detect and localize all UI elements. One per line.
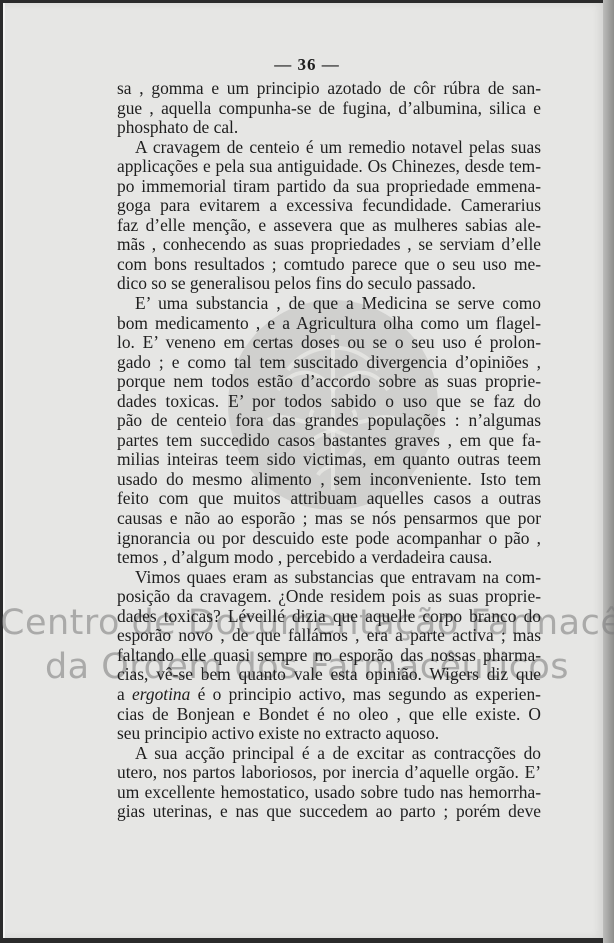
text-line: gue , aquella compunha-se de fugina, d’a…	[117, 99, 541, 119]
text-line: cias, vê-se bem quanto vale esta opinião…	[117, 665, 541, 685]
text-line: gado ; e como tal tem suscitado divergen…	[117, 353, 541, 373]
text-fragment: é o principio activo, mas segundo as exp…	[190, 684, 541, 704]
text-line: A sua acção principal é a de excitar as …	[117, 744, 541, 764]
page-number: — 36 —	[0, 55, 614, 75]
text-line: pão de centeio fora das grandes populaçõ…	[117, 411, 541, 431]
text-line: milias inteiras teem sido victimas, em q…	[117, 450, 541, 470]
text-line: po immemorial tiram partido da sua propr…	[117, 177, 541, 197]
text-line: cias de Bonjean e Bondet é no oleo , que…	[117, 705, 541, 725]
italic-term: ergotina	[132, 684, 190, 704]
text-line: A cravagem de centeio é um remedio notav…	[117, 138, 541, 158]
text-line: esporão novo , de que fallámos , era a p…	[117, 626, 541, 646]
text-line: com bons resultados ; comtudo parece que…	[117, 255, 541, 275]
text-line: Vimos quaes eram as substancias que entr…	[117, 568, 541, 588]
text-line: faz d’elle menção, e assevera que as mul…	[117, 216, 541, 236]
text-line: um excellente hemostatico, usado sobre t…	[117, 783, 541, 803]
text-line: mãs , conhecendo as suas propriedades , …	[117, 235, 541, 255]
text-line: E’ uma substancia , de que a Medicina se…	[117, 294, 541, 314]
text-fragment: a	[117, 684, 132, 704]
page-body-text: sa , gomma e um principio azotado de côr…	[117, 79, 541, 822]
text-line: causas e não ao esporão ; mas se nós pen…	[117, 509, 541, 529]
text-line: porque nem todos estão d’accordo sobre a…	[117, 372, 541, 392]
text-line: partes tem succedido casos bastantes gra…	[117, 431, 541, 451]
text-line: goga para evitarem a excessiva fecundida…	[117, 196, 541, 216]
text-line: applicações e pela sua antiguidade. Os C…	[117, 157, 541, 177]
text-line: faltando elle quasi sempre no esporão da…	[117, 646, 541, 666]
text-line: ignorancia ou por descuido este pode aco…	[117, 529, 541, 549]
text-line: temos , d’algum modo , percebido a verda…	[117, 548, 541, 568]
text-line: dades toxicas. E’ por todos sabido o uso…	[117, 392, 541, 412]
text-line: gias uterinas, e nas que succedem ao par…	[117, 802, 541, 822]
text-line: lo. E’ veneno em certas doses ou se o se…	[117, 333, 541, 353]
text-line: dico so se generalisou pelos fins do sec…	[117, 274, 541, 294]
text-line: posição da cravagem. ¿Onde residem pois …	[117, 587, 541, 607]
text-line: phosphato de cal.	[117, 118, 541, 138]
book-spine-edge	[603, 0, 614, 943]
text-line: utero, nos partos laboriosos, por inerci…	[117, 763, 541, 783]
text-line: feito com que muitos attribuam aquelles …	[117, 489, 541, 509]
text-line: usado do mesmo alimento , sem inconvenie…	[117, 470, 541, 490]
text-line: seu principio activo existe no extracto …	[117, 724, 541, 744]
text-line: a ergotina é o principio activo, mas seg…	[117, 685, 541, 705]
text-line: bom medicamento , e a Agricultura olha c…	[117, 314, 541, 334]
text-line: sa , gomma e um principio azotado de côr…	[117, 79, 541, 99]
text-line: dades toxicas? Léveillé dizia que aquell…	[117, 607, 541, 627]
